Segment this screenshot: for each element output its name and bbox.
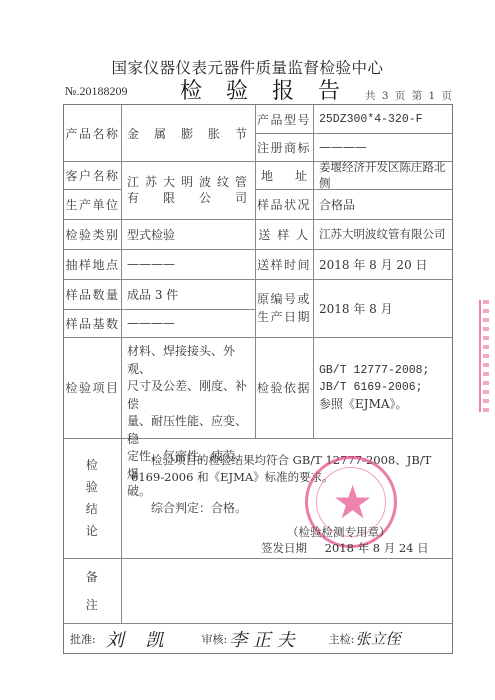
submitter-label: 送 样 人 <box>255 219 313 249</box>
trademark-label: 注册商标 <box>255 133 313 161</box>
conclusion-body: 检验项目的检验结果均符合 GB/T 12777-2008、JB/T 6169-2… <box>121 438 453 558</box>
product-name-char: 金 <box>127 125 139 142</box>
approver-label: 批准: <box>70 631 96 647</box>
inspection-basis-line: GB/T 12777-2008; <box>319 362 429 379</box>
sample-status-value: 合格品 <box>313 189 453 219</box>
submitter-value: 江苏大明波纹管有限公司 <box>313 219 453 249</box>
conclusion-label-char: 检 <box>86 454 100 476</box>
conclusion-line1: 检验项目的检验结果均符合 GB/T 12777-2008、JB/T <box>151 452 431 468</box>
company-char: 波 <box>199 174 211 190</box>
original-number-label: 原编号或 生产日期 <box>255 279 313 337</box>
conclusion-label: 检 验 结 论 <box>64 438 121 558</box>
company-char: 公 <box>199 190 211 206</box>
company-char: 江 <box>127 174 139 190</box>
customer-name-label: 客户名称 <box>64 161 121 189</box>
report-title: 检 验 报 告 <box>180 74 340 105</box>
remarks-label-char: 注 <box>86 591 100 619</box>
inspection-basis-value: GB/T 12777-2008; JB/T 6169-2006; 参照《EJMA… <box>313 337 453 438</box>
company-char: 明 <box>181 174 193 190</box>
manufacturer-label: 生产单位 <box>64 189 121 219</box>
conclusion-label-char: 论 <box>86 520 100 542</box>
address-label-char: 地 <box>261 167 273 184</box>
issue-date-value: 2018 年 8 月 24 日 <box>325 541 429 555</box>
page-count: 共 3 页 第 1 页 <box>365 88 452 103</box>
inspection-items-label: 检验项目 <box>64 337 121 438</box>
sampling-location-label: 抽样地点 <box>64 249 121 279</box>
company-char: 纹 <box>217 174 229 190</box>
address-value: 姜堰经济开发区陈庄路北侧 <box>313 161 453 189</box>
product-name-char: 膨 <box>181 125 193 142</box>
inspection-type-label: 检验类别 <box>64 219 121 249</box>
remarks-label-char: 备 <box>86 563 100 591</box>
issue-date: 签发日期 2018 年 8 月 24 日 <box>261 540 429 556</box>
inspection-basis-line: JB/T 6169-2006; <box>319 379 423 396</box>
report-title-char: 检 <box>180 74 202 105</box>
reviewer-signature: 李 正 夫 <box>229 626 294 652</box>
inspection-report-table: 产品名称 金 属 膨 胀 节 产品型号 25DZ300*4-320-F 注册商标… <box>63 104 453 654</box>
original-number-label-line: 生产日期 <box>257 308 311 326</box>
report-title-char: 告 <box>318 74 340 105</box>
inspection-items-line: 材料、焊接接头、外观、 <box>127 343 251 378</box>
overall-verdict: 综合判定：合格。 <box>151 499 247 516</box>
product-name-char: 属 <box>154 125 166 142</box>
company-char: 大 <box>163 174 175 190</box>
submission-date-value: 2018 年 8 月 20 日 <box>313 249 453 279</box>
inspection-type-value: 型式检验 <box>121 219 255 249</box>
sample-base-label: 样品基数 <box>64 309 121 337</box>
remarks-label: 备 注 <box>64 558 121 623</box>
conclusion-label-char: 结 <box>86 498 100 520</box>
seal-star-icon: ★ <box>332 479 373 525</box>
company-char: 限 <box>163 190 175 206</box>
sampling-location-value: ———— <box>121 249 255 279</box>
inspector-signature: 张立侄 <box>355 628 400 649</box>
original-number-label-line: 原编号或 <box>257 290 311 308</box>
original-number-value: 2018 年 8 月 <box>313 279 453 337</box>
inspection-basis-line: 参照《EJMA》。 <box>319 396 408 413</box>
sample-quantity-label: 样品数量 <box>64 279 121 309</box>
trademark-value: ———— <box>313 133 453 161</box>
reviewer-label: 审核: <box>201 631 227 647</box>
side-seal-stamp <box>479 300 491 412</box>
report-title-char: 验 <box>226 74 248 105</box>
product-name-label: 产品名称 <box>64 105 121 161</box>
product-name-char: 胀 <box>208 125 220 142</box>
conclusion-label-char: 验 <box>86 476 100 498</box>
submission-date-label: 送样时间 <box>255 249 313 279</box>
inspector-label: 主检: <box>329 631 355 647</box>
approver-signature: 刘 凯 <box>106 626 172 652</box>
inspection-basis-label: 检验依据 <box>255 337 313 438</box>
seal-caption: （检验检测专用章） <box>287 524 391 540</box>
company-char: 管 <box>235 174 247 190</box>
report-title-char: 报 <box>272 74 294 105</box>
conclusion-line2: 6169-2006 和《EJMA》标准的要求。 <box>131 469 334 485</box>
sample-base-value: ———— <box>121 309 255 337</box>
inspection-items-line: 尺寸及公差、刚度、补偿 <box>127 378 251 413</box>
company-char: 司 <box>235 190 247 206</box>
remarks-value <box>121 558 453 623</box>
company-name-value: 江 苏 大 明 波 纹 管 有 限 公 司 <box>121 161 255 219</box>
address-label: 地 址 <box>255 161 313 189</box>
product-name-char: 节 <box>235 125 247 142</box>
company-char: 有 <box>127 190 139 206</box>
product-model-label: 产品型号 <box>255 105 313 133</box>
report-number: №.20188209 <box>65 84 127 99</box>
product-model-value: 25DZ300*4-320-F <box>313 105 453 133</box>
issue-date-label: 签发日期 <box>261 541 307 555</box>
company-char: 苏 <box>145 174 157 190</box>
sample-quantity-value: 成品 3 件 <box>121 279 255 309</box>
inspection-items-value: 材料、焊接接头、外观、 尺寸及公差、刚度、补偿 量、耐压性能、应变、稳 定性、气… <box>121 337 255 438</box>
signature-row: 批准: 刘 凯 审核: 李 正 夫 主检: 张立侄 <box>64 623 453 654</box>
address-label-char: 址 <box>295 167 307 184</box>
sample-status-label: 样品状况 <box>255 189 313 219</box>
product-name-value: 金 属 膨 胀 节 <box>121 105 255 161</box>
